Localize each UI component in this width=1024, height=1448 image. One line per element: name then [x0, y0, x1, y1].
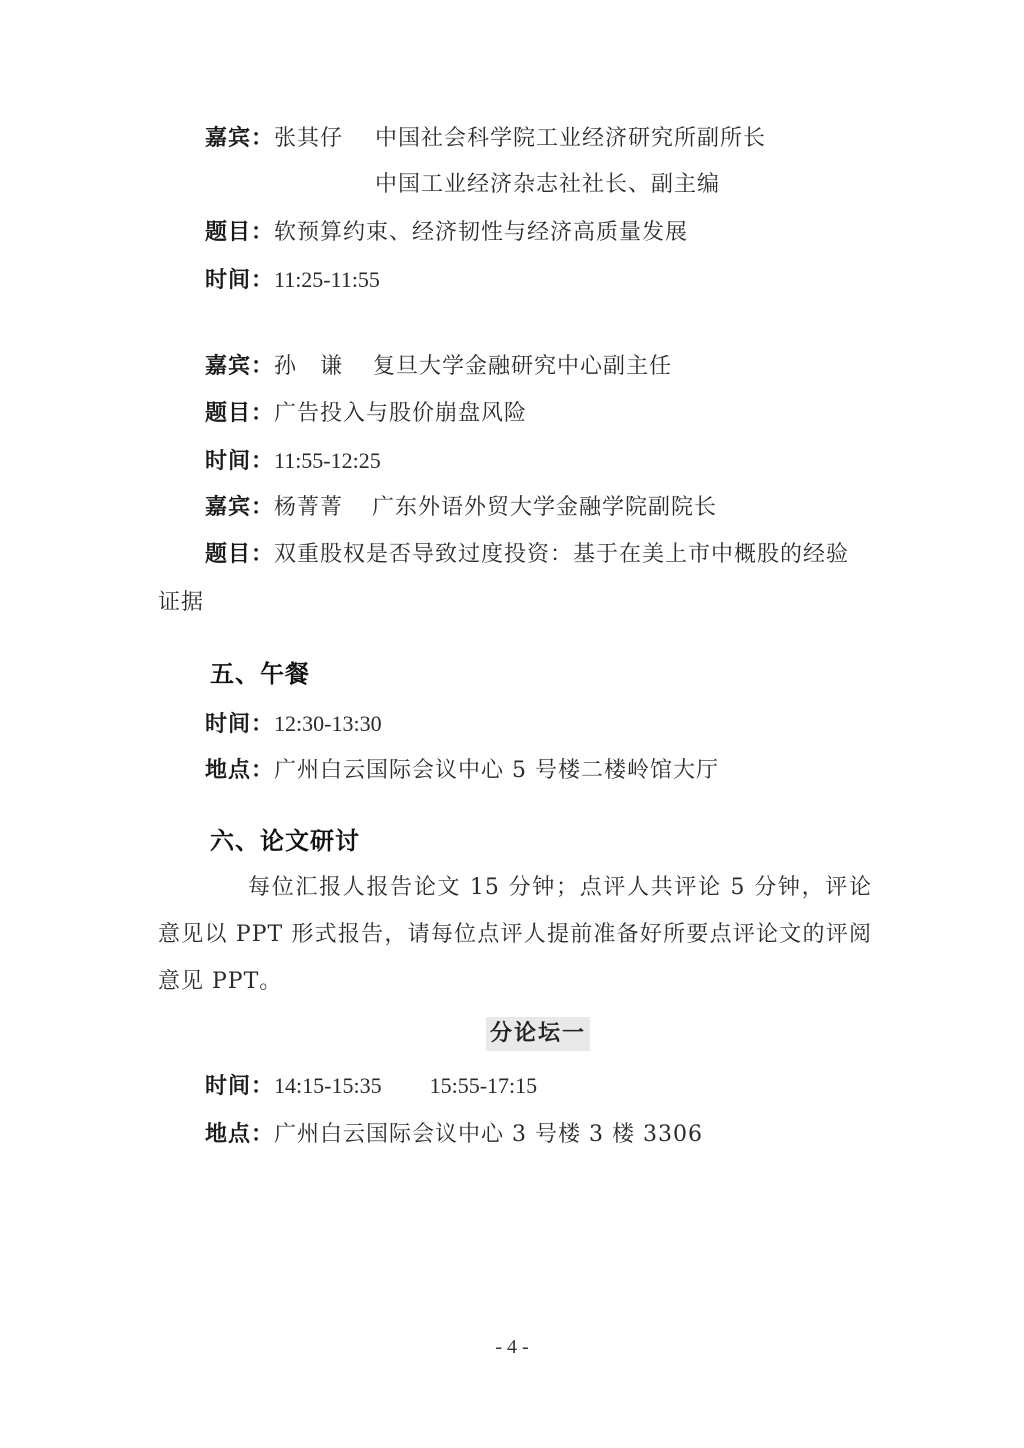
section-heading-lunch: 五、午餐: [210, 658, 310, 690]
guest-title: 复旦大学金融研究中心副主任: [373, 352, 672, 382]
location-label: 地点：: [205, 1122, 274, 1147]
time-label: 时间：: [205, 268, 274, 293]
talk3-topic-line: 题目：双重股权是否导致过度投资：基于在美上市中概股的经验: [205, 540, 849, 570]
talk2-topic-line: 题目：广告投入与股价崩盘风险: [205, 399, 527, 429]
topic-text-continued: 证据: [158, 588, 204, 618]
talk2-time-line: 时间：11:55-12:25: [205, 446, 381, 477]
topic-label: 题目：: [205, 220, 274, 245]
talk2-guest-line: 嘉宾：孙 谦: [205, 352, 343, 382]
guest-title: 广东外语外贸大学金融学院副院长: [372, 493, 717, 523]
topic-label: 题目：: [205, 401, 274, 426]
time-value: 11:55-12:25: [274, 448, 381, 473]
talk1-topic-line: 题目：软预算约束、经济韧性与经济高质量发展: [205, 218, 688, 248]
guest-name: 杨菁菁: [274, 495, 343, 520]
guest-label: 嘉宾：: [205, 495, 274, 520]
page-number: - 4 -: [0, 1336, 1024, 1359]
guest-title: 中国工业经济杂志社社长、副主编: [375, 170, 720, 200]
time-label: 时间：: [205, 712, 274, 737]
location-label: 地点：: [205, 758, 274, 783]
location-value: 广州白云国际会议中心 5 号楼二楼岭馆大厅: [274, 758, 719, 783]
guest-name: 孙 谦: [274, 354, 343, 379]
forum-location-line: 地点：广州白云国际会议中心 3 号楼 3 楼 3306: [205, 1120, 703, 1150]
topic-text: 广告投入与股价崩盘风险: [274, 401, 527, 426]
time-value: 12:30-13:30: [274, 711, 382, 736]
talk1-guest-line: 嘉宾：张其仔: [205, 124, 343, 154]
lunch-location-line: 地点：广州白云国际会议中心 5 号楼二楼岭馆大厅: [205, 756, 719, 786]
talk1-time-line: 时间：11:25-11:55: [205, 265, 380, 296]
topic-label: 题目：: [205, 542, 274, 567]
topic-text: 双重股权是否导致过度投资：基于在美上市中概股的经验: [274, 542, 849, 567]
time-value: 11:25-11:55: [274, 267, 380, 292]
discussion-rules-paragraph: 每位汇报人报告论文 15 分钟；点评人共评论 5 分钟，评论意见以 PPT 形式…: [158, 864, 872, 1005]
guest-label: 嘉宾：: [205, 354, 274, 379]
time-label: 时间：: [205, 1074, 274, 1099]
forum-title: 分论坛一: [486, 1017, 590, 1051]
section-heading-paper-discussion: 六、论文研讨: [210, 825, 360, 857]
forum-time-line: 时间：14:15-15:3515:55-17:15: [205, 1071, 537, 1102]
lunch-time-line: 时间：12:30-13:30: [205, 709, 382, 740]
guest-name: 张其仔: [274, 126, 343, 151]
location-value: 广州白云国际会议中心 3 号楼 3 楼 3306: [274, 1122, 703, 1147]
talk3-guest-line: 嘉宾：杨菁菁: [205, 493, 343, 523]
guest-label: 嘉宾：: [205, 126, 274, 151]
time-value-1: 14:15-15:35: [274, 1073, 382, 1098]
guest-title: 中国社会科学院工业经济研究所副所长: [375, 124, 766, 154]
topic-text: 软预算约束、经济韧性与经济高质量发展: [274, 220, 688, 245]
time-label: 时间：: [205, 449, 274, 474]
time-value-2: 15:55-17:15: [430, 1073, 538, 1098]
